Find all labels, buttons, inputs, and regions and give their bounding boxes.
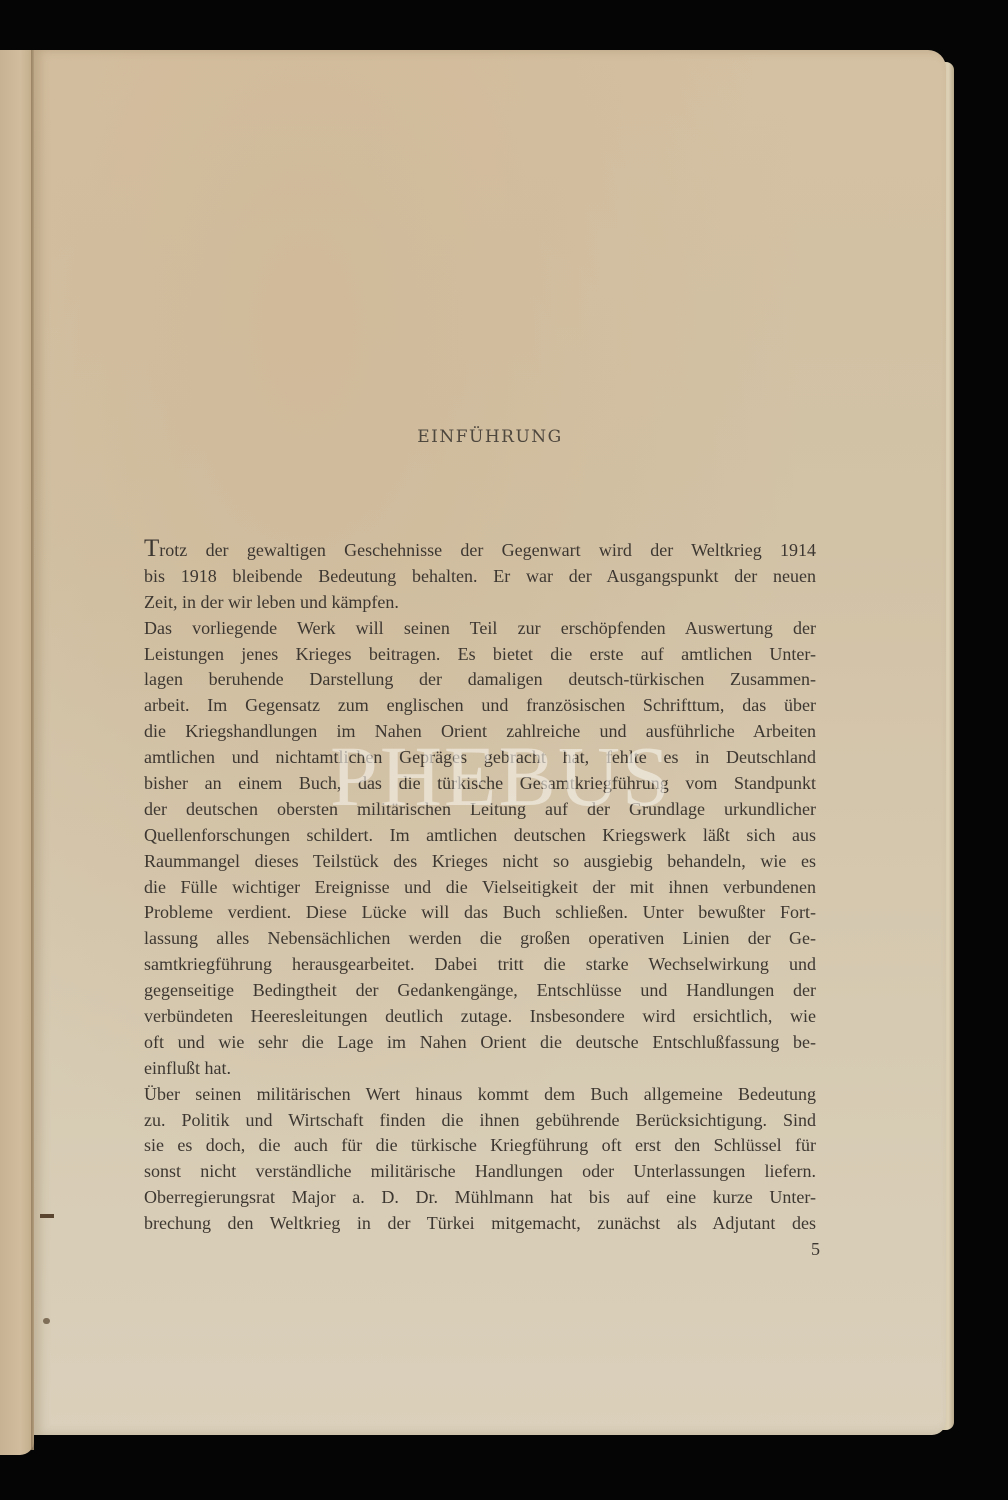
- text-line: Trotz der gewaltigen Geschehnisse der Ge…: [144, 538, 816, 564]
- binding-thread-mark: [43, 1318, 50, 1324]
- text-line: Das vorliegende Werk will seinen Teil zu…: [144, 616, 816, 642]
- text-line: arbeit. Im Gegensatz zum englischen und …: [144, 693, 816, 719]
- text-line: die Kriegshandlungen im Nahen Orient zah…: [144, 719, 816, 745]
- text-line: die Fülle wichtiger Ereignisse und die V…: [144, 875, 816, 901]
- text-line: Quellenforschungen schildert. Im amtlich…: [144, 823, 816, 849]
- text-line: oft und wie sehr die Lage im Nahen Orien…: [144, 1030, 816, 1056]
- text-line: einflußt hat.: [144, 1056, 816, 1082]
- text-line: Oberregierungsrat Major a. D. Dr. Mühlma…: [144, 1185, 816, 1211]
- text-line: bis 1918 bleibende Bedeutung behalten. E…: [144, 564, 816, 590]
- left-page-edge: [0, 50, 34, 1455]
- text-line: Probleme verdient. Diese Lücke will das …: [144, 900, 816, 926]
- text-line: brechung den Weltkrieg in der Türkei mit…: [144, 1211, 816, 1237]
- body-text: Trotz der gewaltigen Geschehnisse der Ge…: [144, 538, 816, 1237]
- text-line: sonst nicht verständliche militärische H…: [144, 1159, 816, 1185]
- page-number: 5: [790, 1239, 820, 1260]
- text-line: Über seinen militärischen Wert hinaus ko…: [144, 1082, 816, 1108]
- binding-thread-mark: [40, 1214, 54, 1218]
- text-line: sie es doch, die auch für die türkische …: [144, 1133, 816, 1159]
- book-page: EINFÜHRUNG Trotz der gewaltigen Geschehn…: [34, 50, 946, 1435]
- text-line: bisher an einem Buch, das die türkische …: [144, 771, 816, 797]
- chapter-title: EINFÜHRUNG: [34, 427, 946, 447]
- text-line: Leistungen jenes Krieges beitragen. Es b…: [144, 642, 816, 668]
- text-line: lagen beruhende Darstellung der damalige…: [144, 667, 816, 693]
- text-line: Raummangel dieses Teilstück des Krieges …: [144, 849, 816, 875]
- text-line: samtkriegführung herausgearbeitet. Dabei…: [144, 952, 816, 978]
- text-line: verbündeten Heeresleitungen deutlich zut…: [144, 1004, 816, 1030]
- text-line: zu. Politik und Wirtschaft finden die ih…: [144, 1108, 816, 1134]
- drop-cap: T: [144, 535, 159, 562]
- text-line: lassung alles Nebensächlichen werden die…: [144, 926, 816, 952]
- text-line: Zeit, in der wir leben und kämpfen.: [144, 590, 816, 616]
- text-line: amtlichen und nichtamtlichen Gepräges ge…: [144, 745, 816, 771]
- text-line: gegenseitige Bedingtheit der Gedankengän…: [144, 978, 816, 1004]
- text-line: der deutschen obersten militärischen Lei…: [144, 797, 816, 823]
